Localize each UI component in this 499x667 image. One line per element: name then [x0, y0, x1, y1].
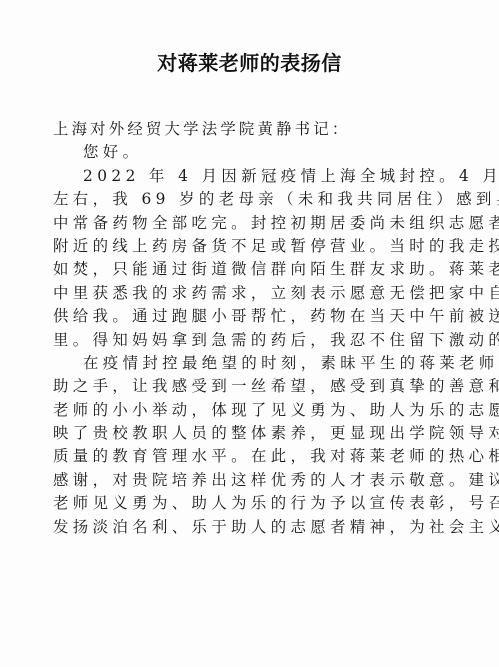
text-line: 在疫情封控最绝望的时刻，素昧平生的蒋莱老师向我伸出援 — [53, 352, 457, 375]
letter-title: 对蒋莱老师的表扬信 — [0, 47, 499, 76]
letter-page: 对蒋莱老师的表扬信 上海对外经贸大学法学院黄静书记： 您好。 2022 年 4 … — [0, 0, 499, 667]
text-line: 左右，我 69 岁的老母亲（未和我共同居住）感到身体不适，家 — [53, 188, 457, 211]
text-line: 里。得知妈妈拿到急需的药后，我忍不住留下激动的泪水。 — [53, 329, 457, 352]
text-line: 质量的教育管理水平。在此，我对蒋莱老师的热心相助表示衷心 — [53, 445, 457, 468]
text-line: 如焚，只能通过街道微信群向陌生群友求助。蒋莱老师在微信群 — [53, 258, 457, 281]
text-line: 2022 年 4 月因新冠疫情上海全城封控。4 月 11 日上午 8 点 — [53, 165, 457, 188]
paragraph-1: 2022 年 4 月因新冠疫情上海全城封控。4 月 11 日上午 8 点 左右，… — [53, 165, 457, 352]
text-line: 附近的线上药房备货不足或暂停营业。当时的我走投无路、心急 — [53, 235, 457, 258]
text-line: 老师的小小举动，体现了见义勇为、助人为乐的志愿者精神，反 — [53, 399, 457, 422]
text-line: 发扬淡泊名利、乐于助人的志愿者精神，为社会主义精神文明建 — [53, 516, 457, 539]
text-line: 供给我。通过跑腿小哥帮忙，药物在当天中午前被送到我妈妈手 — [53, 305, 457, 328]
paragraph-2: 在疫情封控最绝望的时刻，素昧平生的蒋莱老师向我伸出援 助之手，让我感受到一丝希望… — [53, 352, 457, 539]
text-line: 老师见义勇为、助人为乐的行为予以宣传表彰，号召大家学习、 — [53, 492, 457, 515]
text-line: 中常备药物全部吃完。封控初期居委尚未组织志愿者为居民配药， — [53, 212, 457, 235]
text-line: 中里获悉我的求药需求，立刻表示愿意无偿把家中自备的药物提 — [53, 282, 457, 305]
letter-body: 上海对外经贸大学法学院黄静书记： 您好。 2022 年 4 月因新冠疫情上海全城… — [53, 118, 457, 539]
salutation: 上海对外经贸大学法学院黄静书记： — [53, 118, 457, 141]
text-line: 映了贵校教职人员的整体素养，更显现出学院领导对全体师生高 — [53, 422, 457, 445]
text-line: 助之手，让我感受到一丝希望，感受到真挚的善意和温暖。蒋莱 — [53, 375, 457, 398]
greeting: 您好。 — [53, 141, 457, 164]
text-line: 感谢，对贵院培养出这样优秀的人才表示敬意。建议贵院对蒋莱 — [53, 469, 457, 492]
